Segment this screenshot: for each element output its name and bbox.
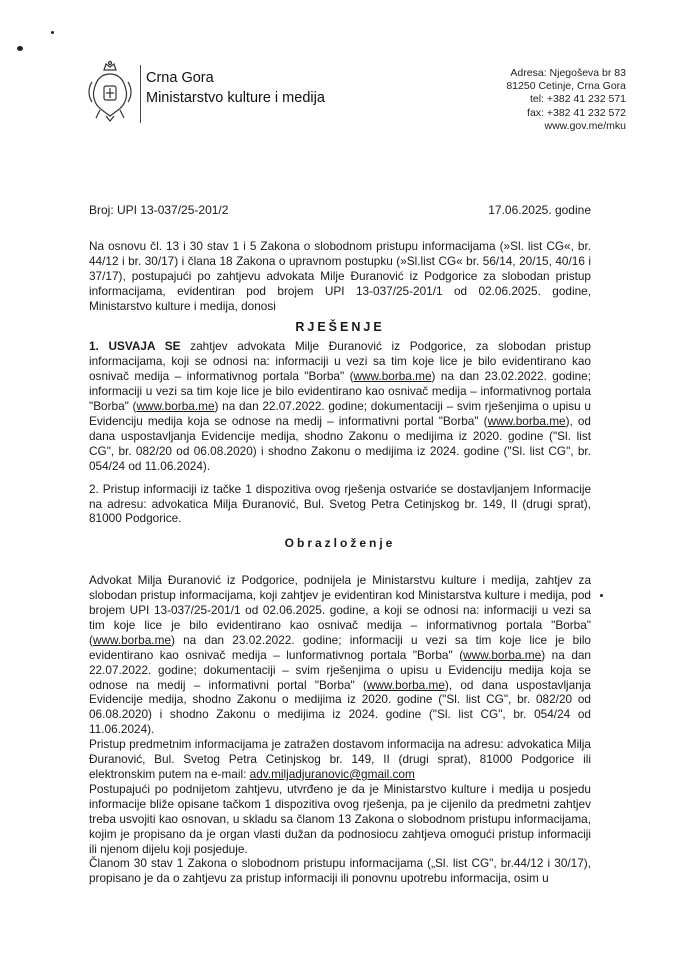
organization-name: Crna Gora Ministarstvo kulture i medija bbox=[146, 68, 325, 108]
country-name: Crna Gora bbox=[146, 68, 325, 88]
borba-link[interactable]: www.borba.me bbox=[93, 633, 171, 647]
reasoning-paragraph-4: Članom 30 stav 1 Zakona o slobodnom pris… bbox=[89, 856, 591, 886]
document-body: Na osnovu čl. 13 i 30 stav 1 i 5 Zakona … bbox=[89, 239, 591, 886]
ministry-name: Ministarstvo kulture i medija bbox=[146, 88, 325, 108]
scan-speck bbox=[51, 31, 54, 34]
contact-block: Adresa: Njegoševa br 83 81250 Cetinje, C… bbox=[506, 67, 626, 133]
letterhead: Crna Gora Ministarstvo kulture i medija … bbox=[86, 60, 626, 140]
website-line: www.gov.me/mku bbox=[506, 120, 626, 133]
reasoning-paragraph-3: Postupajući po podnijetom zahtjevu, utvr… bbox=[89, 782, 591, 857]
header-divider bbox=[140, 65, 141, 123]
coat-of-arms-icon bbox=[86, 60, 134, 122]
city-line: 81250 Cetinje, Crna Gora bbox=[506, 80, 626, 93]
address-line: Adresa: Njegoševa br 83 bbox=[506, 67, 626, 80]
fax-line: fax: +382 41 232 572 bbox=[506, 107, 626, 120]
decision-point-1: 1. USVAJA SE zahtjev advokata Milje Đura… bbox=[89, 339, 591, 473]
decision-lead: 1. USVAJA SE bbox=[89, 339, 181, 353]
document-meta: Broj: UPI 13-037/25-201/2 17.06.2025. go… bbox=[89, 203, 591, 217]
borba-link[interactable]: www.borba.me bbox=[488, 414, 566, 428]
decision-title: RJEŠENJE bbox=[89, 320, 591, 335]
borba-link[interactable]: www.borba.me bbox=[136, 399, 214, 413]
borba-link[interactable]: www.borba.me bbox=[367, 678, 445, 692]
reasoning-paragraph-1: Advokat Milja Đuranović iz Podgorice, po… bbox=[89, 573, 591, 737]
document-date: 17.06.2025. godine bbox=[488, 203, 591, 217]
reasoning-paragraph-2: Pristup predmetnim informacijama je zatr… bbox=[89, 737, 591, 782]
scan-speck bbox=[600, 594, 603, 597]
phone-line: tel: +382 41 232 571 bbox=[506, 93, 626, 106]
intro-paragraph: Na osnovu čl. 13 i 30 stav 1 i 5 Zakona … bbox=[89, 239, 591, 314]
reasoning-title: Obrazloženje bbox=[89, 536, 591, 551]
email-link[interactable]: adv.miljadjuranovic@gmail.com bbox=[250, 767, 415, 781]
borba-link[interactable]: www.borba.me bbox=[463, 648, 541, 662]
borba-link[interactable]: www.borba.me bbox=[354, 369, 432, 383]
scan-speck bbox=[17, 46, 23, 51]
document-number: Broj: UPI 13-037/25-201/2 bbox=[89, 203, 228, 217]
decision-point-2: 2. Pristup informaciji iz tačke 1 dispoz… bbox=[89, 482, 591, 527]
